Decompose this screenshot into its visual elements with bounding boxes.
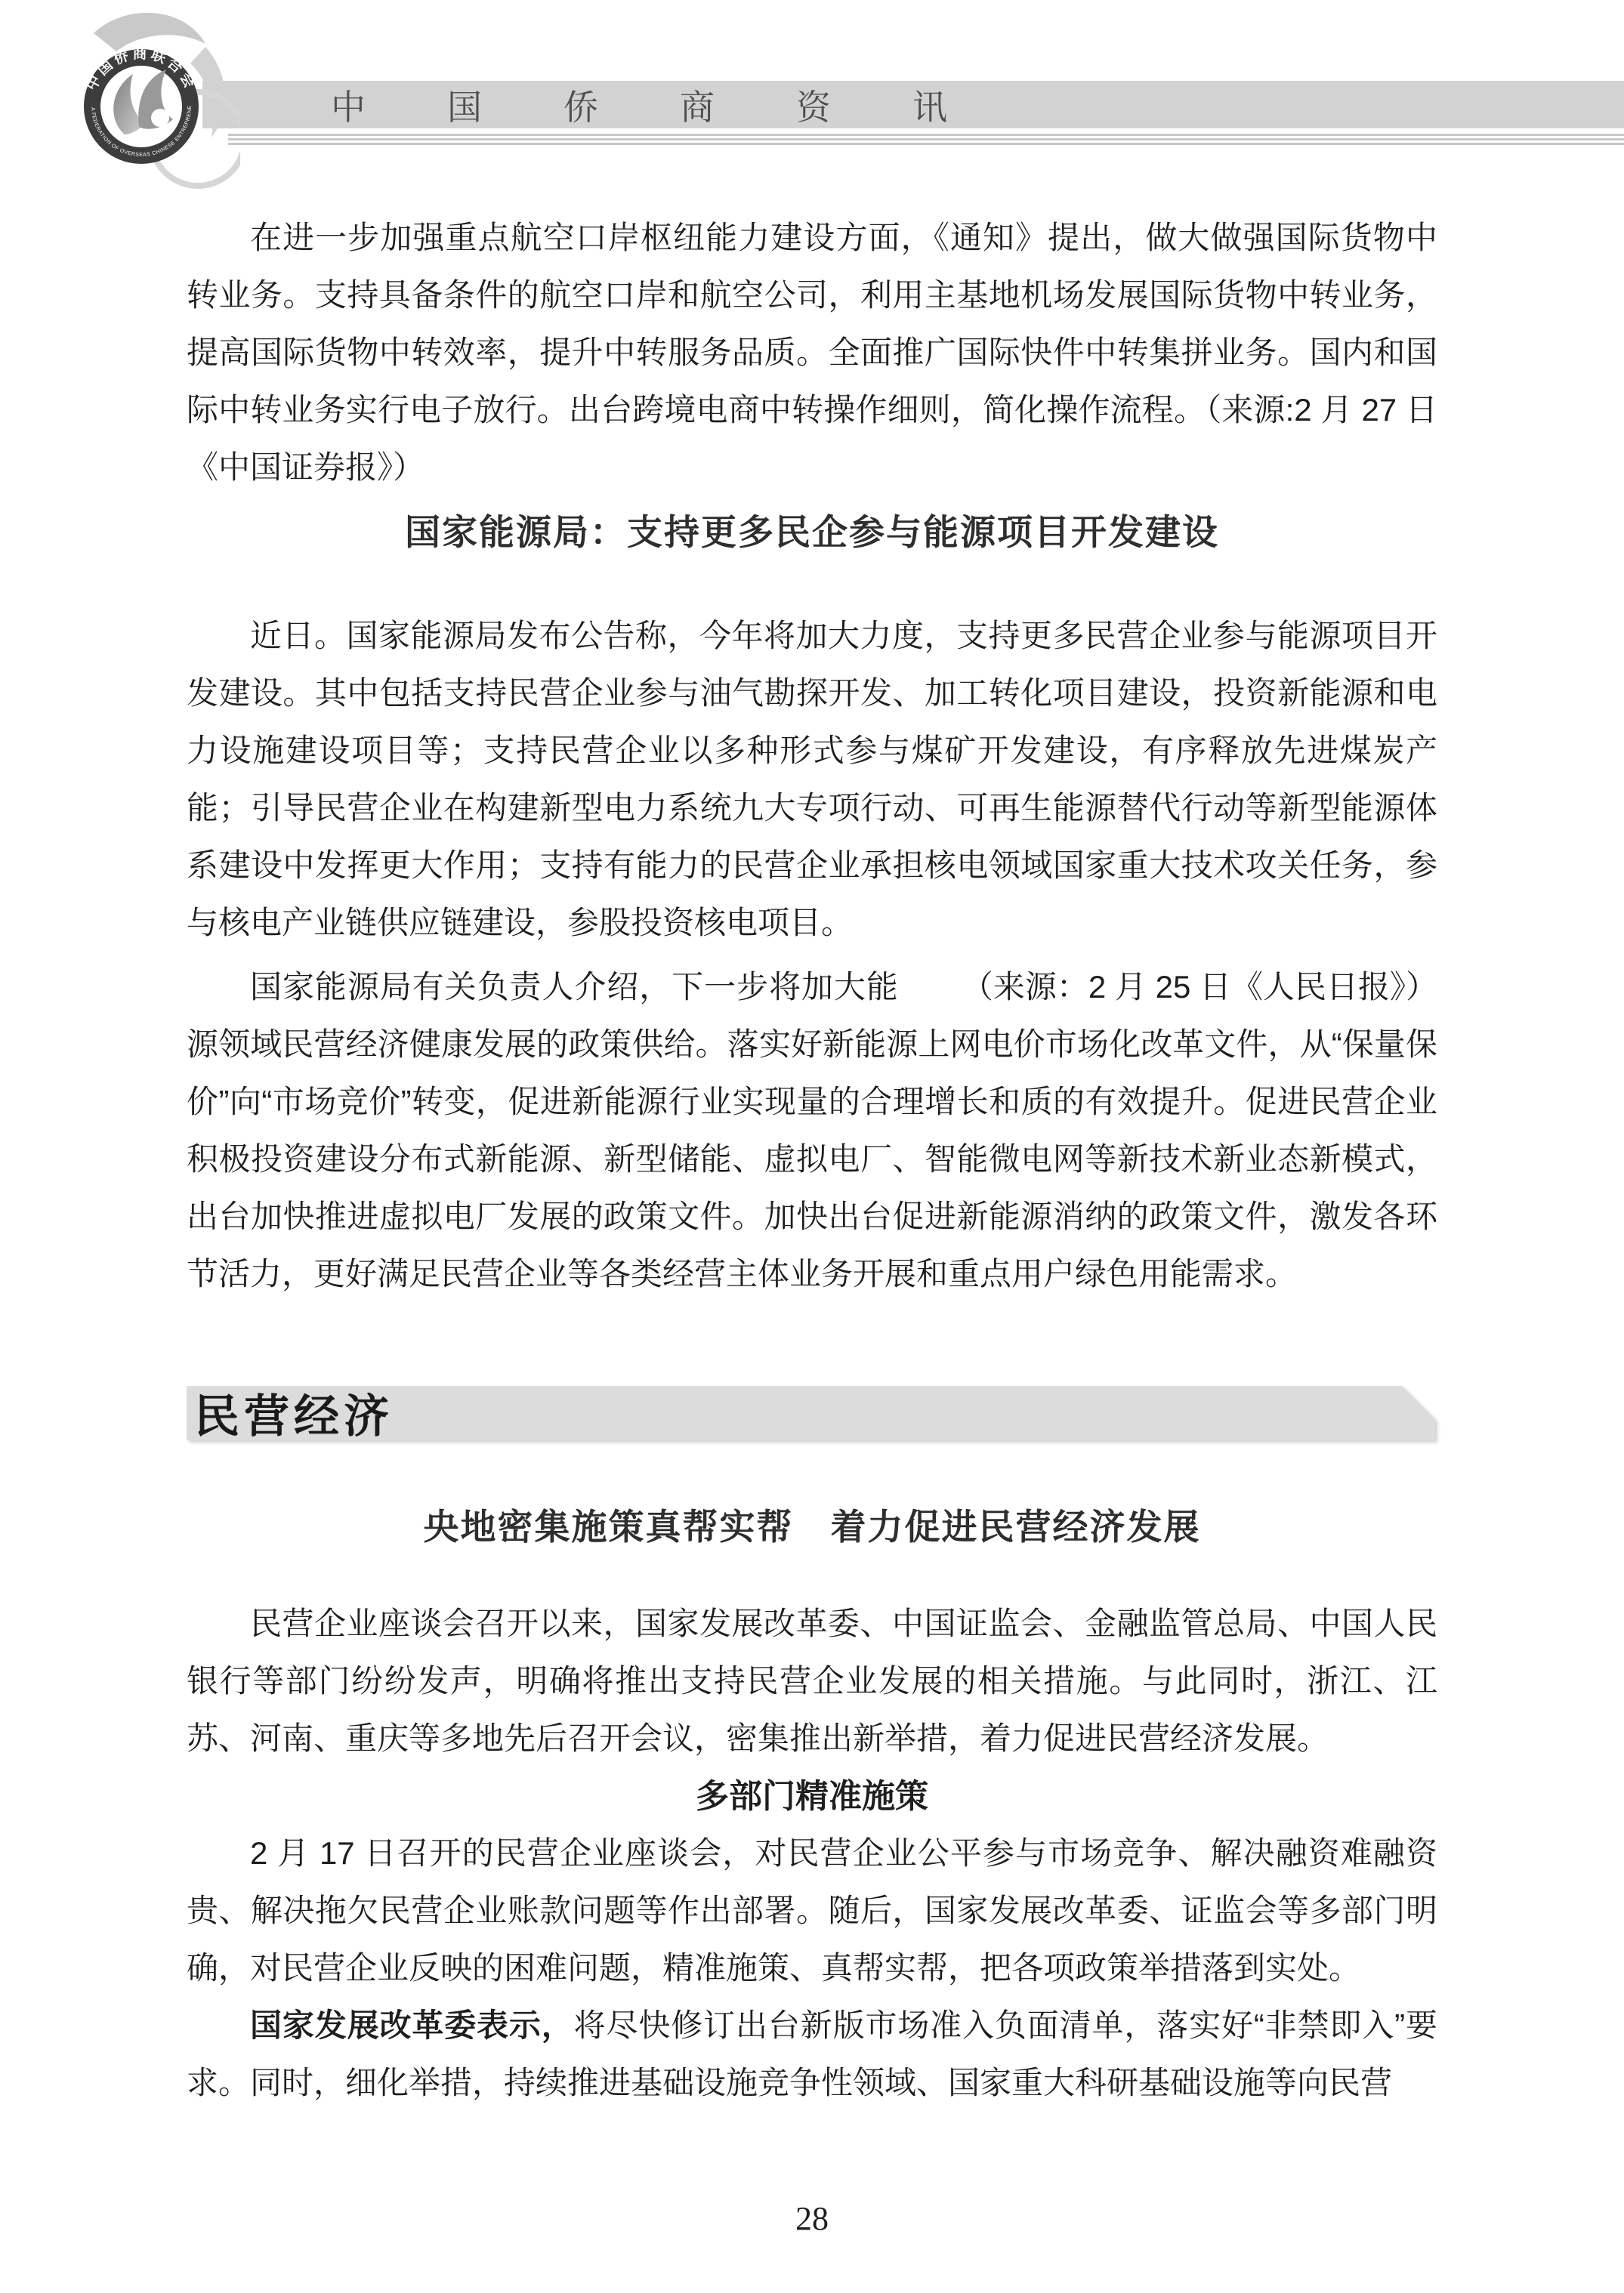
section-banner: 民营经济 (187, 1386, 1435, 1440)
energy-paragraph-2: （来源：2 月 25 日《人民日报》）国家能源局有关负责人介绍，下一步将加大能源… (187, 958, 1437, 1303)
energy-paragraph-2-block: （来源：2 月 25 日《人民日报》）国家能源局有关负责人介绍，下一步将加大能源… (187, 958, 1437, 1303)
energy-paragraph-1: 近日。国家能源局发布公告称，今年将加大力度，支持更多民营企业参与能源项目开发建设… (187, 607, 1437, 952)
energy-paragraph-1-block: 近日。国家能源局发布公告称，今年将加大力度，支持更多民营企业参与能源项目开发建设… (187, 607, 1437, 952)
private-economy-paragraph-2: 2 月 17 日召开的民营企业座谈会，对民营企业公平参与市场竞争、解决融资难融资… (187, 1825, 1437, 1997)
section-banner-label: 民营经济 (194, 1381, 394, 1446)
masthead-divider-stripes (228, 134, 1624, 145)
private-economy-paragraph-1-block: 民营企业座谈会召开以来，国家发展改革委、中国证监会、金融监管总局、中国人民银行等… (187, 1595, 1437, 1767)
masthead-title: 中国侨商资讯 (331, 80, 1029, 130)
energy-article-title-block: 国家能源局：支持更多民企参与能源项目开发建设 (187, 510, 1437, 555)
organization-logo-icon: 中国侨商联合会 CHINA FEDERATION OF OVERSEAS CHI… (50, 5, 240, 195)
masthead-bar: 中国侨商资讯 (202, 81, 1624, 128)
page-number: 28 (0, 2199, 1624, 2238)
energy-source: （来源：2 月 25 日《人民日报》） (898, 958, 1437, 1016)
energy-article-title: 国家能源局：支持更多民企参与能源项目开发建设 (187, 510, 1437, 555)
energy-paragraph-2-text: 国家能源局有关负责人介绍，下一步将加大能源领域民营经济健康发展的政策供给。落实好… (187, 969, 1437, 1292)
private-economy-paragraph-2-block: 2 月 17 日召开的民营企业座谈会，对民营企业公平参与市场竞争、解决融资难融资… (187, 1825, 1437, 1997)
private-economy-subheading-block: 多部门精准施策 (187, 1768, 1437, 1825)
private-economy-title: 央地密集施策真帮实帮 着力促进民营经济发展 (187, 1504, 1437, 1550)
airport-paragraph-block: 在进一步加强重点航空口岸枢纽能力建设方面，《通知》提出，做大做强国际货物中转业务… (187, 209, 1437, 496)
private-economy-paragraph-3: 国家发展改革委表示，将尽快修订出台新版市场准入负面清单，落实好“非禁即入”要求。… (187, 1997, 1437, 2112)
newsletter-page: 中国侨商资讯 中国侨商联合会 (0, 0, 1624, 2293)
private-economy-paragraph-3-lead: 国家发展改革委表示， (250, 2008, 574, 2043)
private-economy-subheading: 多部门精准施策 (187, 1768, 1437, 1825)
private-economy-paragraph-3-block: 国家发展改革委表示，将尽快修订出台新版市场准入负面清单，落实好“非禁即入”要求。… (187, 1997, 1437, 2112)
section-banner-shape: 民营经济 (187, 1386, 1435, 1440)
private-economy-paragraph-1: 民营企业座谈会召开以来，国家发展改革委、中国证监会、金融监管总局、中国人民银行等… (187, 1595, 1437, 1767)
private-economy-title-block: 央地密集施策真帮实帮 着力促进民营经济发展 (187, 1504, 1437, 1550)
airport-paragraph: 在进一步加强重点航空口岸枢纽能力建设方面，《通知》提出，做大做强国际货物中转业务… (187, 209, 1437, 496)
logo-petal-dot (151, 109, 169, 127)
logo-svg: 中国侨商联合会 CHINA FEDERATION OF OVERSEAS CHI… (50, 5, 240, 195)
